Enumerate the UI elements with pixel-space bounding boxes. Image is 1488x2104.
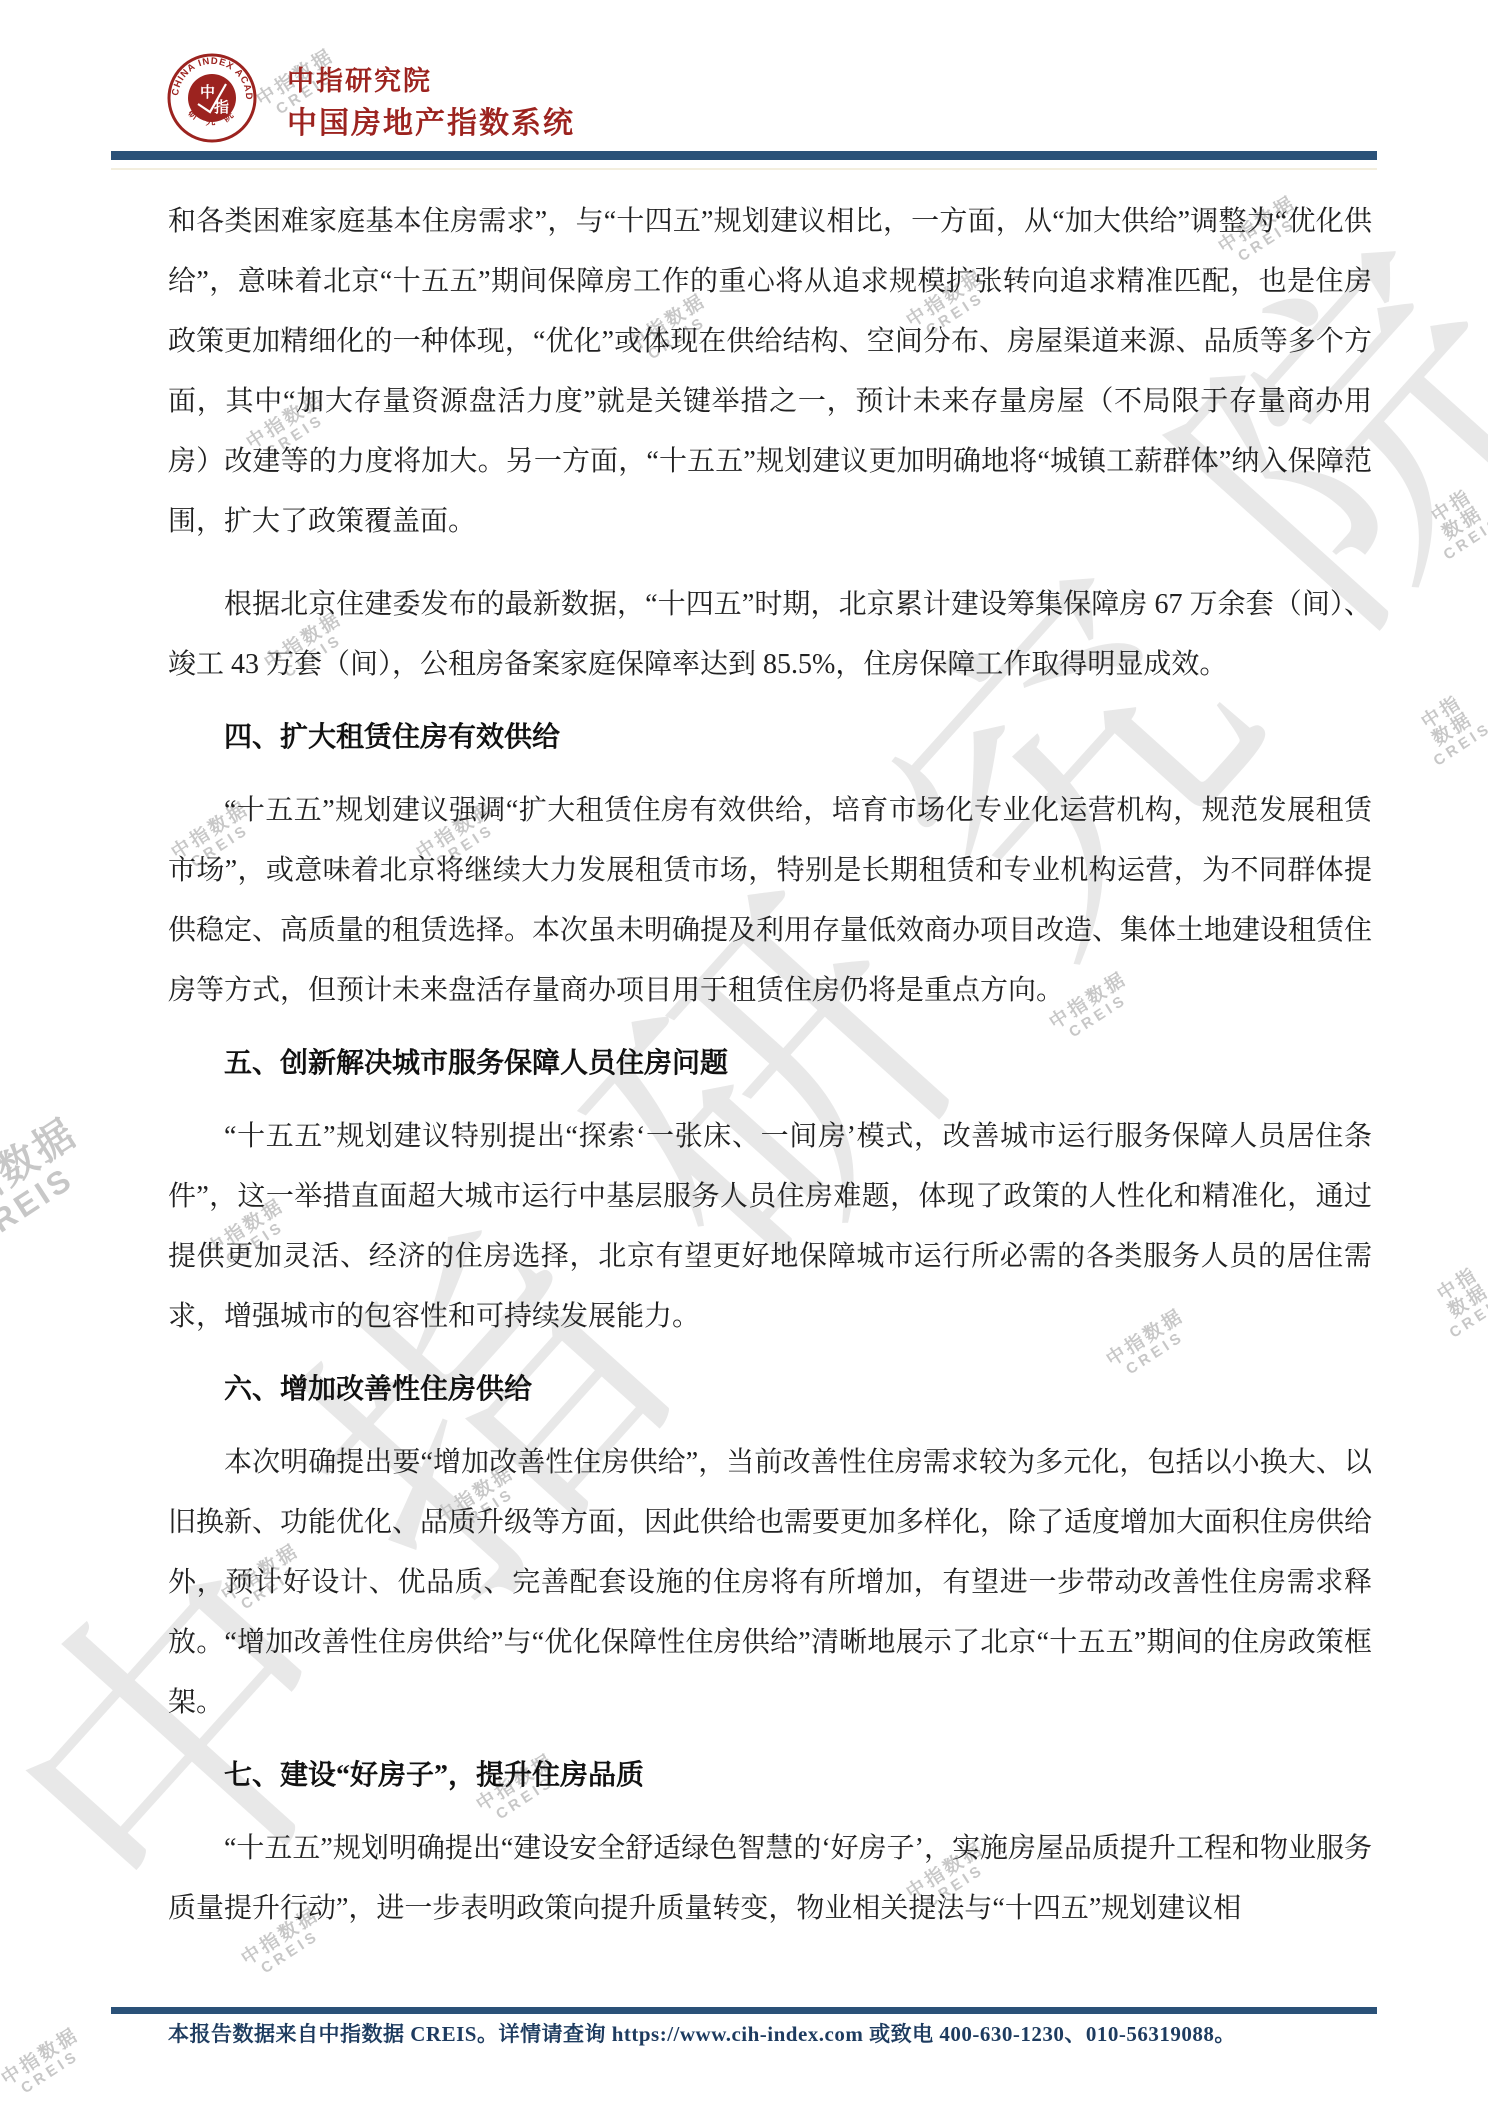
watermark-line2: CREIS (0, 1147, 103, 1269)
section-heading: 四、扩大租赁住房有效供给 (168, 708, 1372, 768)
watermark-line1: 中指数据 (1419, 481, 1488, 550)
document-page: 中指研究院 中指数据CREIS中指数据CREIS中指数据CREIS中指数据CRE… (0, 0, 1488, 2104)
footer-rule (111, 2007, 1377, 2014)
system-name: 中国房地产指数系统 (287, 109, 575, 139)
watermark-line1: 中指数据 (1409, 687, 1486, 756)
china-index-academy-logo: CHINA INDEX ACADEMY 研 究 院 中 指 (166, 52, 258, 144)
creis-watermark: 中指数据CREIS (1425, 1259, 1488, 1342)
header-brand: 中指研究院 中国房地产指数系统 (287, 68, 575, 139)
header-rule (111, 151, 1377, 160)
footer-prefix: 本报告数据来自中指数据 CREIS。详情请查询 (168, 2022, 612, 2046)
creis-watermark: 中指数据CREIS (1409, 687, 1488, 770)
body-paragraph: “十五五”规划建议强调“扩大租赁住房有效供给，培育市场化专业化运营机构，规范发展… (168, 781, 1372, 1021)
watermark-line1: 中指数据 (1425, 1259, 1488, 1328)
body-paragraph: 根据北京住建委发布的最新数据，“十四五”时期，北京累计建设筹集保障房 67 万余… (168, 575, 1372, 695)
footer-text: 本报告数据来自中指数据 CREIS。详情请查询 https://www.cih-… (168, 2018, 1388, 2048)
creis-watermark: 中指数据CREIS (1419, 481, 1488, 564)
header-subrule (111, 168, 1377, 170)
watermark-line1: 中指数据 (0, 2025, 83, 2090)
org-name: 中指研究院 (287, 68, 575, 95)
section-heading: 六、增加改善性住房供给 (168, 1360, 1372, 1420)
creis-watermark: 中指数据CREIS (0, 1111, 103, 1268)
body-paragraph: 和各类困难家庭基本住房需求”，与“十四五”规划建议相比，一方面，从“加大供给”调… (168, 192, 1372, 552)
watermark-line1: 中指数据 (0, 1111, 84, 1240)
footer-link[interactable]: https://www.cih-index.com (612, 2022, 864, 2046)
watermark-line2: CREIS (9, 2042, 91, 2103)
section-heading: 五、创新解决城市服务保障人员住房问题 (168, 1034, 1372, 1094)
body-paragraph: “十五五”规划明确提出“建设安全舒适绿色智慧的‘好房子’，实施房屋品质提升工程和… (168, 1819, 1372, 1939)
footer-suffix: 或致电 400-630-1230、010-56319088。 (863, 2022, 1235, 2046)
body-paragraph: 本次明确提出要“增加改善性住房供给”，当前改善性住房需求较为多元化，包括以小换大… (168, 1433, 1372, 1733)
body-paragraph: “十五五”规划建议特别提出“探索‘一张床、一间房’模式，改善城市运行服务保障人员… (168, 1107, 1372, 1347)
watermark-line2: CREIS (1441, 514, 1488, 563)
watermark-line2: CREIS (1431, 720, 1488, 769)
article: 和各类困难家庭基本住房需求”，与“十四五”规划建议相比，一方面，从“加大供给”调… (168, 192, 1372, 1962)
logo-char-zhong: 中 (200, 84, 215, 101)
watermark-line2: CREIS (1447, 1292, 1488, 1341)
creis-watermark: 中指数据CREIS (0, 2025, 92, 2103)
section-heading: 七、建设“好房子”，提升住房品质 (168, 1746, 1372, 1806)
